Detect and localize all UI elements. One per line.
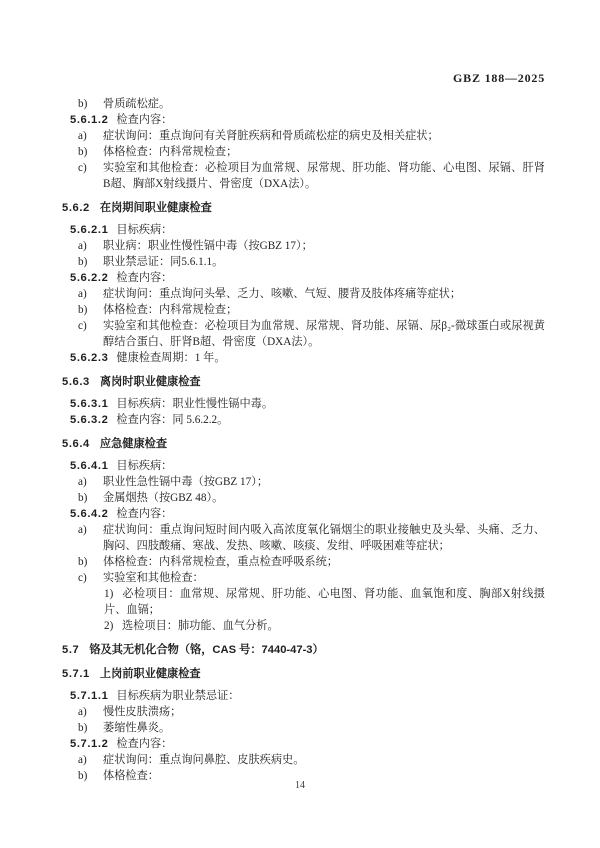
page-number: 14 — [0, 780, 600, 791]
item-text: 体格检查：内科常规检查； — [103, 302, 545, 318]
list-item: b)体格检查：内科常规检查，重点检查呼吸系统； — [62, 554, 545, 570]
list-item: b)体格检查：内科常规检查； — [62, 144, 545, 160]
list-item: a)症状询问：重点询问头晕、乏力、咳嗽、气短、腰背及肢体疼痛等症状； — [62, 286, 545, 302]
clause-text: 检查内容： — [116, 508, 172, 520]
list-item: a)症状询问：重点询问鼻腔、皮肤疾病史。 — [62, 752, 545, 768]
heading-text: 离岗时职业健康检查 — [100, 376, 201, 388]
subitem-text: 必检项目：血常规、尿常规、肝功能、心电图、肾功能、血氧饱和度、胸部X射线摄片、血… — [104, 588, 545, 616]
clause-text: 目标疾病为职业禁忌证： — [116, 690, 239, 702]
item-text: 职业性急性镉中毒（按GBZ 17）； — [103, 474, 545, 490]
item-label: a) — [78, 704, 103, 720]
list-item: b)体格检查：内科常规检查； — [62, 302, 545, 318]
clause-line: 5.7.1.2检查内容： — [62, 736, 545, 752]
clause-number: 5.6.3.2 — [70, 414, 108, 426]
item-text: 慢性皮肤溃疡； — [103, 704, 545, 720]
clause-number: 5.6.2.3 — [70, 352, 108, 364]
clause-text: 目标疾病： — [116, 224, 172, 236]
item-label: a) — [78, 286, 103, 302]
item-label: b) — [78, 490, 103, 506]
item-text: 萎缩性鼻炎。 — [103, 720, 545, 736]
item-label: c) — [78, 570, 103, 586]
list-item: c)实验室和其他检查：必检项目为血常规、尿常规、肝功能、肾功能、心电图、尿镉、肝… — [62, 160, 545, 192]
heading-number: 5.7.1 — [62, 668, 90, 680]
content-area: b)骨质疏松症。5.6.1.2检查内容：a)症状询问：重点询问有关肾脏疾病和骨质… — [62, 96, 545, 784]
item-text: 症状询问：重点询问短时间内吸入高浓度氧化镉烟尘的职业接触史及头晕、头痛、乏力、胸… — [103, 522, 545, 554]
clause-line: 5.6.3.1目标疾病：职业性慢性镉中毒。 — [62, 396, 545, 412]
section-heading: 5.6.3离岗时职业健康检查 — [62, 374, 545, 390]
clause-text: 健康检查周期：1 年。 — [116, 352, 225, 364]
clause-number: 5.6.1.2 — [70, 114, 108, 126]
section-heading: 5.7.1上岗前职业健康检查 — [62, 666, 545, 682]
item-text: 症状询问：重点询问鼻腔、皮肤疾病史。 — [103, 752, 545, 768]
clause-number: 5.7.1.1 — [70, 690, 108, 702]
item-label: c) — [78, 318, 103, 350]
heading-text: 应急健康检查 — [100, 438, 167, 450]
sub-list-item: 2)选检项目：肺功能、血气分析。 — [62, 618, 545, 634]
running-header: GBZ 188—2025 — [62, 70, 545, 86]
list-item: c)实验室和其他检查： — [62, 570, 545, 586]
subitem-text: 选检项目：肺功能、血气分析。 — [122, 620, 279, 632]
heading-number: 5.6.3 — [62, 376, 90, 388]
section-heading: 5.6.4应急健康检查 — [62, 436, 545, 452]
item-label: a) — [78, 752, 103, 768]
list-item: b)骨质疏松症。 — [62, 96, 545, 112]
clause-line: 5.6.4.1目标疾病： — [62, 458, 545, 474]
list-item: b)萎缩性鼻炎。 — [62, 720, 545, 736]
item-label: a) — [78, 522, 103, 554]
item-label: b) — [78, 254, 103, 270]
heading-text: 在岗期间职业健康检查 — [100, 202, 212, 214]
clause-line: 5.6.2.2检查内容： — [62, 270, 545, 286]
clause-text: 目标疾病： — [116, 460, 172, 472]
list-item: a)职业性急性镉中毒（按GBZ 17）； — [62, 474, 545, 490]
item-label: b) — [78, 720, 103, 736]
list-item: a)症状询问：重点询问有关肾脏疾病和骨质疏松症的病史及相关症状； — [62, 128, 545, 144]
clause-line: 5.6.1.2检查内容： — [62, 112, 545, 128]
clause-number: 5.6.3.1 — [70, 398, 108, 410]
item-text: 职业病：职业性慢性镉中毒（按GBZ 17）； — [103, 238, 545, 254]
list-item: a)症状询问：重点询问短时间内吸入高浓度氧化镉烟尘的职业接触史及头晕、头痛、乏力… — [62, 522, 545, 554]
item-text: 实验室和其他检查：必检项目为血常规、尿常规、肾功能、尿镉、尿β₂-微球蛋白或尿视… — [103, 318, 545, 350]
item-label: b) — [78, 96, 103, 112]
item-text: 体格检查：内科常规检查，重点检查呼吸系统； — [103, 554, 545, 570]
list-item: a)职业病：职业性慢性镉中毒（按GBZ 17）； — [62, 238, 545, 254]
item-text: 症状询问：重点询问有关肾脏疾病和骨质疏松症的病史及相关症状； — [103, 128, 545, 144]
clause-number: 5.6.2.2 — [70, 272, 108, 284]
item-label: c) — [78, 160, 103, 192]
clause-line: 5.6.2.3健康检查周期：1 年。 — [62, 350, 545, 366]
section-heading: 5.7铬及其无机化合物（铬，CAS 号：7440-47-3） — [62, 642, 545, 658]
item-label: a) — [78, 474, 103, 490]
clause-line: 5.6.3.2检查内容：同 5.6.2.2。 — [62, 412, 545, 428]
clause-line: 5.6.4.2检查内容： — [62, 506, 545, 522]
item-text: 职业禁忌证：同5.6.1.1。 — [103, 254, 545, 270]
clause-text: 检查内容：同 5.6.2.2。 — [116, 414, 228, 426]
list-item: c)实验室和其他检查：必检项目为血常规、尿常规、肾功能、尿镉、尿β₂-微球蛋白或… — [62, 318, 545, 350]
clause-text: 目标疾病：职业性慢性镉中毒。 — [116, 398, 273, 410]
list-item: b)职业禁忌证：同5.6.1.1。 — [62, 254, 545, 270]
heading-text: 铬及其无机化合物（铬，CAS 号：7440-47-3） — [89, 644, 323, 656]
heading-text: 上岗前职业健康检查 — [100, 668, 201, 680]
heading-number: 5.6.2 — [62, 202, 90, 214]
clause-number: 5.6.2.1 — [70, 224, 108, 236]
clause-number: 5.6.4.1 — [70, 460, 108, 472]
item-label: a) — [78, 128, 103, 144]
clause-line: 5.6.2.1目标疾病： — [62, 222, 545, 238]
clause-line: 5.7.1.1目标疾病为职业禁忌证： — [62, 688, 545, 704]
section-heading: 5.6.2在岗期间职业健康检查 — [62, 200, 545, 216]
subitem-label: 1) — [104, 586, 122, 602]
item-text: 骨质疏松症。 — [103, 96, 545, 112]
heading-number: 5.7 — [62, 644, 79, 656]
document-page: GBZ 188—2025 b)骨质疏松症。5.6.1.2检查内容：a)症状询问：… — [0, 0, 600, 848]
item-text: 症状询问：重点询问头晕、乏力、咳嗽、气短、腰背及肢体疼痛等症状； — [103, 286, 545, 302]
clause-text: 检查内容： — [116, 114, 172, 126]
clause-text: 检查内容： — [116, 272, 172, 284]
item-text: 实验室和其他检查： — [103, 570, 545, 586]
clause-number: 5.7.1.2 — [70, 738, 108, 750]
item-text: 金属烟热（按GBZ 48）。 — [103, 490, 545, 506]
sub-list-item: 1)必检项目：血常规、尿常规、肝功能、心电图、肾功能、血氧饱和度、胸部X射线摄片… — [62, 586, 545, 618]
item-label: b) — [78, 144, 103, 160]
heading-number: 5.6.4 — [62, 438, 90, 450]
item-text: 实验室和其他检查：必检项目为血常规、尿常规、肝功能、肾功能、心电图、尿镉、肝肾B… — [103, 160, 545, 192]
subitem-label: 2) — [104, 618, 122, 634]
clause-text: 检查内容： — [116, 738, 172, 750]
list-item: b)金属烟热（按GBZ 48）。 — [62, 490, 545, 506]
item-label: b) — [78, 302, 103, 318]
clause-number: 5.6.4.2 — [70, 508, 108, 520]
list-item: a)慢性皮肤溃疡； — [62, 704, 545, 720]
item-label: a) — [78, 238, 103, 254]
item-text: 体格检查：内科常规检查； — [103, 144, 545, 160]
item-label: b) — [78, 554, 103, 570]
